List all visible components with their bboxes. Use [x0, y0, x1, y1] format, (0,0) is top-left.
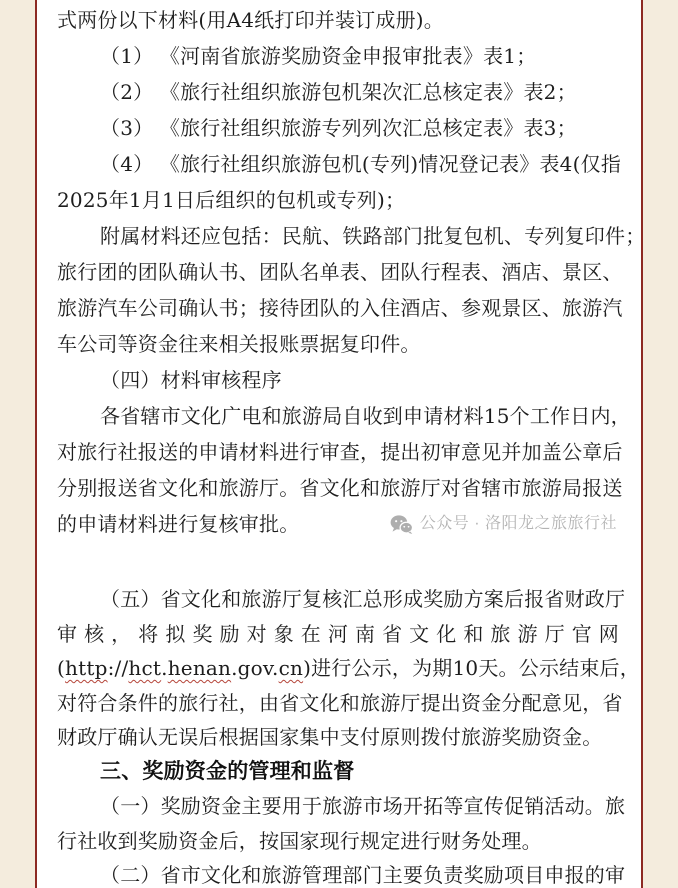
url-segment: ( [57, 656, 65, 680]
section-heading: 三、奖励资金的管理和监督 [57, 755, 619, 790]
url-text: (http://hct.henan.gov.cn) [57, 656, 311, 680]
url-segment: ) [303, 656, 311, 680]
document-body-lower: （五）省文化和旅游厅复核汇总形成奖励方案后报省财政厅 审核，将拟奖励对象在河南省… [57, 582, 619, 888]
document-body-upper: 式两份以下材料(用A4纸打印并装订成册)。 （1） 《河南省旅游奖励资金申报审批… [57, 2, 619, 542]
list-item-3: （3） 《旅行社组织旅游专列列次汇总核定表》表3； [57, 110, 619, 146]
wechat-watermark: 公众号 · 洛阳龙之旅旅行社 [390, 506, 617, 542]
text-line: 的申请材料进行复核审批。 [57, 512, 299, 536]
text-line: 附属材料还应包括：民航、铁路部门批复包机、专列复印件； [57, 218, 619, 254]
text-line: 旅游汽车公司确认书；接待团队的入住酒店、参观景区、旅游汽 [57, 290, 619, 326]
url-segment-misspelled: http [65, 656, 108, 680]
list-item-4: （4） 《旅行社组织旅游包机(专列)情况登记表》表4(仅指 [57, 146, 619, 182]
list-item-1: （1） 《河南省旅游奖励资金申报审批表》表1； [57, 38, 619, 74]
text-line: 进行公示，为期10天。公示结束后， [311, 656, 640, 680]
text-line-with-watermark: 的申请材料进行复核审批。 公众号 · 洛阳龙之旅旅行社 [57, 506, 619, 542]
text-line: 分别报送省文化和旅游厅。省文化和旅游厅对省辖市旅游局报送 [57, 470, 619, 506]
url-segment-misspelled: cn [279, 656, 303, 680]
list-item-2: （2） 《旅行社组织旅游包机架次汇总核定表》表2； [57, 74, 619, 110]
paragraph-gap [57, 542, 619, 582]
text-line-with-url: (http://hct.henan.gov.cn)进行公示，为期10天。公示结束… [57, 651, 619, 686]
text-line: 式两份以下材料(用A4纸打印并装订成册)。 [57, 2, 619, 38]
text-line: 对旅行社报送的申请材料进行审查，提出初审意见并加盖公章后 [57, 434, 619, 470]
text-line: 车公司等资金往来相关报账票据复印件。 [57, 326, 619, 362]
url-segment-misspelled: henan [168, 656, 231, 680]
url-segment: :// [108, 656, 129, 680]
text-line: 对符合条件的旅行社，由省文化和旅游厅提出资金分配意见，省 [57, 686, 619, 721]
subsection-heading-4: （四）材料审核程序 [57, 362, 619, 398]
wechat-icon [390, 515, 413, 534]
url-segment: .gov. [231, 656, 278, 680]
document-page: 式两份以下材料(用A4纸打印并装订成册)。 （1） 《河南省旅游奖励资金申报审批… [35, 0, 643, 888]
url-segment-misspelled: hct [128, 656, 161, 680]
text-line: 各省辖市文化广电和旅游局自收到申请材料15个工作日内， [57, 398, 619, 434]
text-line: （五）省文化和旅游厅复核汇总形成奖励方案后报省财政厅 [57, 582, 619, 617]
text-line: 财政厅确认无误后根据国家集中支付原则拨付旅游奖励资金。 [57, 720, 619, 755]
text-line-justified: 审核，将拟奖励对象在河南省文化和旅游厅官网 [57, 617, 619, 652]
text-line: 行社收到奖励资金后，按国家现行规定进行财务处理。 [57, 824, 619, 859]
text-line: 2025年1月1日后组织的包机或专列)； [57, 182, 619, 218]
wechat-watermark-label: 公众号 · 洛阳龙之旅旅行社 [420, 506, 617, 542]
text-line: （一）奖励资金主要用于旅游市场开拓等宣传促销活动。旅 [57, 789, 619, 824]
text-line: 旅行团的团队确认书、团队名单表、团队行程表、酒店、景区、 [57, 254, 619, 290]
text-line: （二）省市文化和旅游管理部门主要负责奖励项目申报的审 [57, 858, 619, 888]
